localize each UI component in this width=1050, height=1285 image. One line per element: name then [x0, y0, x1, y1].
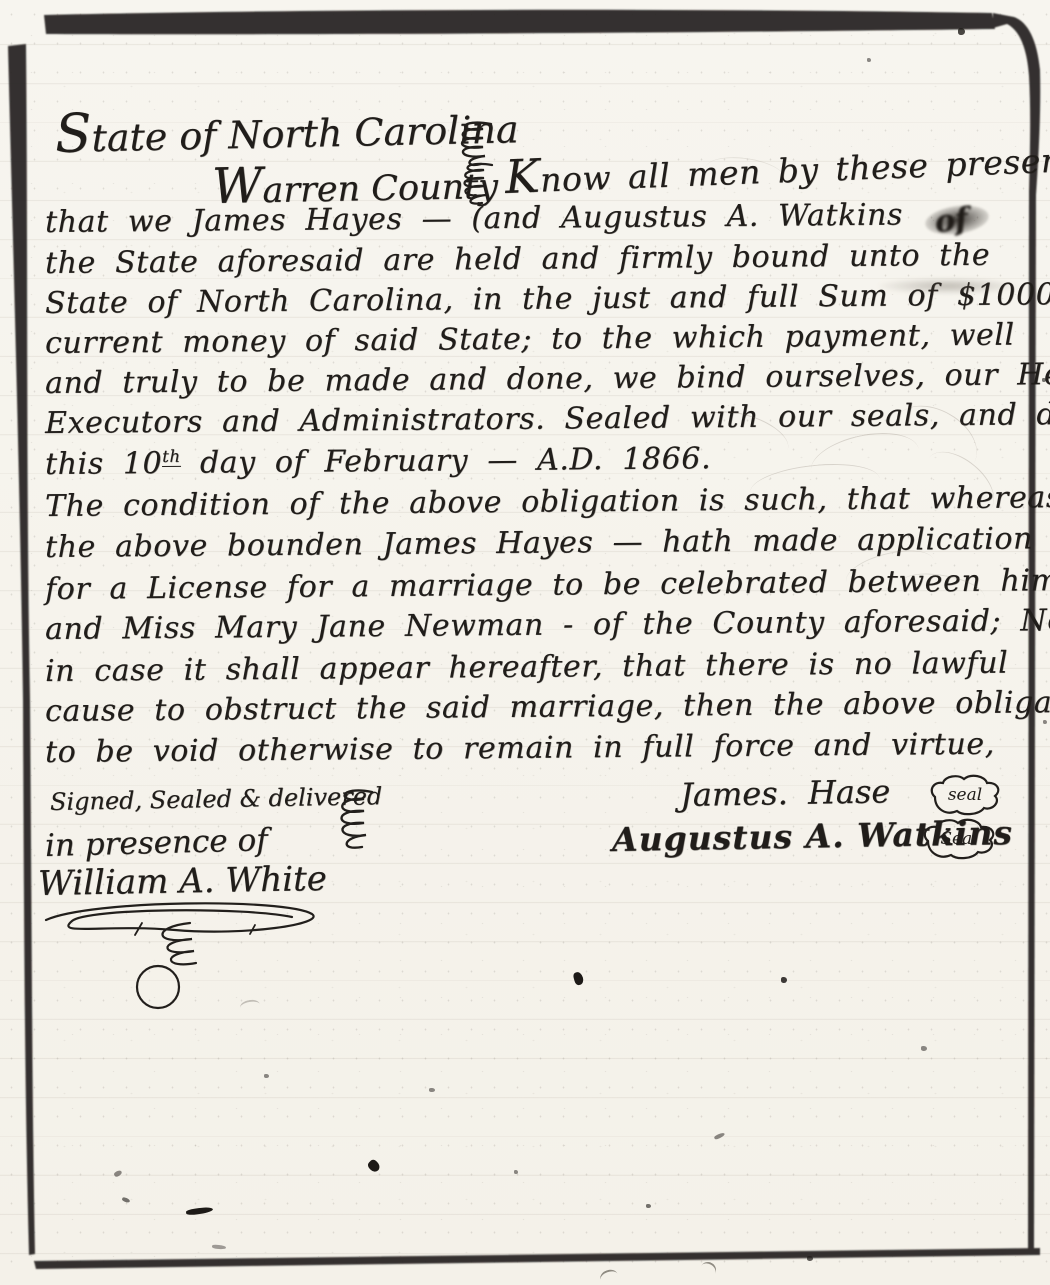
brace-squiggle-icon	[328, 785, 376, 859]
body-line: that we James Hayes — (and Augustus A. W…	[45, 198, 903, 240]
pencil-scribble	[690, 405, 1020, 515]
seal-label: seal	[925, 773, 1005, 817]
pencil-scribble	[700, 150, 820, 200]
pencil-scribble	[840, 545, 1000, 615]
scan-speck	[781, 977, 787, 983]
date-superscript: th	[162, 447, 181, 467]
scan-speck	[1042, 378, 1046, 382]
signature-flourish-icon	[40, 890, 330, 1020]
date-post: day of February — A.D. 1866.	[181, 441, 712, 481]
scan-speck	[958, 28, 965, 35]
scan-speck	[264, 1074, 269, 1078]
body-line-date: this 10th day of February — A.D. 1866.	[45, 441, 711, 482]
date-pre: this 10	[45, 446, 163, 482]
seal-label: Seal	[918, 816, 1000, 862]
scan-speck	[921, 1046, 927, 1051]
seal-icon: seal	[925, 773, 1005, 817]
scan-speck	[429, 1088, 435, 1092]
scan-speck	[867, 58, 871, 62]
seal-icon: Seal	[918, 816, 1000, 862]
scanned-marriage-bond: { "colors": { "ink": "#201d1a", "paper":…	[0, 0, 1050, 1285]
scan-speck	[807, 1256, 813, 1261]
principal1-signature: James. Hase	[680, 772, 891, 814]
scan-speck	[646, 1204, 651, 1208]
scan-speck	[1043, 720, 1047, 724]
scan-speck	[514, 1170, 518, 1174]
gray-smear	[878, 278, 1018, 294]
witness-attestation-line2: in presence of	[45, 822, 269, 864]
